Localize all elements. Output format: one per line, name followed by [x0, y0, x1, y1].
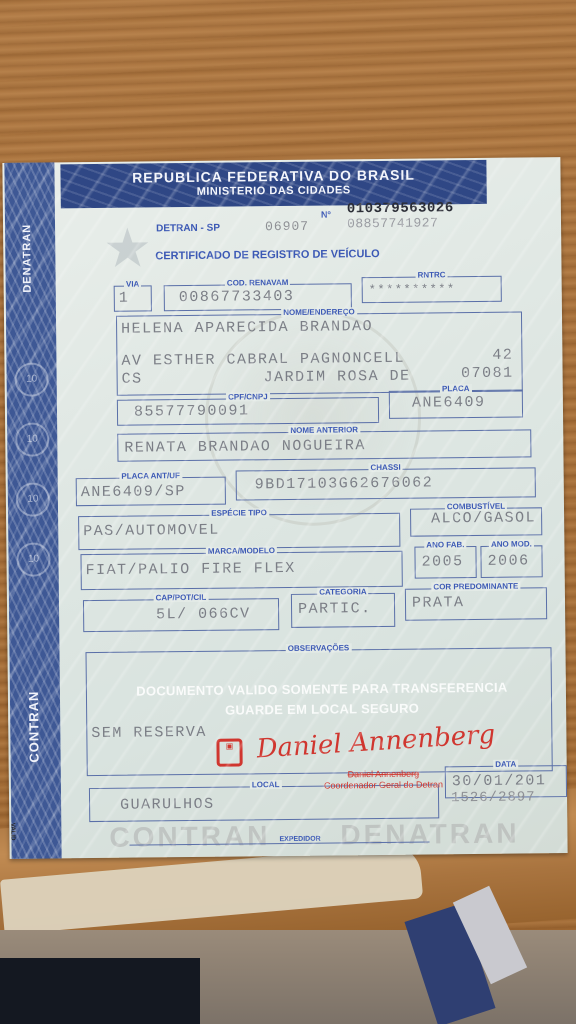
dark-fabric: [0, 958, 200, 1024]
field-label: CATEGORIA: [317, 587, 368, 597]
address-number: 42: [492, 347, 513, 365]
field-model-year: ANO MOD. 2006: [480, 545, 542, 578]
previous-plate-value: ANE6409/SP: [77, 478, 225, 503]
signer-role: Coordenador Geral do Detran: [324, 779, 443, 791]
security-watermark: DOCUMENTO VALIDO SOMENTE PARA TRANSFEREN…: [92, 677, 552, 722]
security-seal-icon: 10: [15, 422, 49, 456]
address-complement: CS: [122, 370, 143, 388]
field-species-type: ESPÉCIE TIPO PAS/AUTOMOVEL: [78, 513, 400, 550]
serial-number-secondary: 08857741927: [347, 215, 438, 231]
number-label: Nº: [321, 210, 331, 220]
address-district: JARDIM ROSA DE: [264, 368, 411, 388]
category-value: PARTIC.: [292, 594, 394, 619]
field-cpf-cnpj: CPF/CNPJ 85577790091: [117, 397, 379, 426]
field-label: CPF/CNPJ: [226, 392, 270, 401]
signer-block: Daniel Annenberg Coordenador Geral do De…: [324, 768, 443, 791]
field-capacity-power: CAP/POT/CIL 5L/ 066CV: [83, 598, 279, 632]
field-label: COR PREDOMINANTE: [431, 582, 520, 592]
color-value: PRATA: [406, 588, 546, 612]
valid-tag: VALID: [9, 823, 15, 841]
star-emblem-icon: ★: [103, 216, 152, 280]
cpf-value: 85577790091: [118, 398, 378, 422]
security-side-band: DENATRAN 10 10 10 10 CONTRAN: [4, 162, 61, 858]
renavam-value: 00867733403: [165, 284, 351, 307]
field-label: VIA: [124, 279, 141, 288]
field-label: COMBUSTÍVEL: [445, 502, 507, 512]
field-label: PLACA ANT/UF: [119, 471, 182, 481]
security-seal-icon: 10: [14, 362, 48, 396]
field-label: NOME/ENDEREÇO: [281, 307, 357, 317]
field-label: ANO MOD.: [489, 539, 534, 548]
contran-label: CONTRAN: [26, 691, 42, 763]
field-label: LOCAL: [250, 780, 282, 789]
field-label: NOME ANTERIOR: [288, 425, 360, 435]
field-name-address: NOME/ENDEREÇO HELENA APARECIDA BRANDAO A…: [116, 312, 523, 396]
security-seal-icon: 10: [16, 542, 50, 576]
denatran-label: DENATRAN: [21, 224, 34, 293]
security-seal-icon: 10: [16, 482, 50, 516]
expedidor-label: EXPEDIDOR: [279, 836, 320, 843]
capacity-power-value: 5L/ 066CV: [84, 599, 278, 625]
field-previous-plate: PLACA ANT/UF ANE6409/SP: [76, 477, 226, 507]
field-label: OBSERVAÇÕES: [286, 643, 352, 653]
vehicle-registration-certificate: DENATRAN 10 10 10 10 CONTRAN VALID REPUB…: [2, 157, 567, 859]
plate-value: ANE6409: [390, 391, 522, 413]
owner-name: HELENA APARECIDA BRANDAO: [121, 318, 373, 339]
field-previous-owner: NOME ANTERIOR RENATA BRANDAO NOGUEIRA: [117, 429, 531, 461]
model-year-value: 2006: [481, 546, 541, 571]
via-value: 1: [115, 286, 151, 307]
field-label: MARCA/MODELO: [206, 546, 277, 556]
field-via: VIA 1: [114, 285, 152, 311]
field-manufacture-year: ANO FAB. 2005: [414, 546, 476, 579]
field-label: ESPÉCIE TIPO: [209, 508, 269, 518]
document-title: CERTIFICADO DE REGISTRO DE VEÍCULO: [155, 248, 379, 262]
field-chassis: CHASSI 9BD17103G62676062: [236, 467, 536, 500]
footer-print-right: DENATRAN: [340, 818, 519, 851]
field-label: CHASSI: [368, 463, 402, 472]
process-number: 1526/2897: [451, 789, 536, 806]
floor-background: [0, 930, 576, 1024]
field-make-model: MARCA/MODELO FIAT/PALIO FIRE FLEX: [80, 551, 402, 590]
field-color: COR PREDOMINANTE PRATA: [405, 587, 547, 620]
date-value: 30/01/201: [446, 766, 566, 791]
issuer-code: 06907: [265, 219, 309, 234]
fuel-value: ALCO/GASOL: [411, 508, 541, 528]
make-model-value: FIAT/PALIO FIRE FLEX: [81, 552, 401, 580]
field-label: CAP/POT/CIL: [154, 593, 209, 603]
field-category: CATEGORIA PARTIC.: [291, 593, 395, 628]
manufacture-year-value: 2005: [415, 547, 475, 572]
field-plate: PLACA ANE6409: [389, 390, 523, 419]
field-rntrc: RNTRC **********: [362, 276, 502, 303]
chassis-value: 9BD17103G62676062: [237, 468, 535, 494]
species-type-value: PAS/AUTOMOVEL: [79, 514, 399, 541]
footer-print-left: CONTRAN: [109, 820, 270, 853]
field-fuel: COMBUSTÍVEL ALCO/GASOL: [410, 507, 542, 536]
field-label: PLACA: [440, 384, 472, 393]
red-stamp-icon: ▣: [216, 738, 242, 766]
field-label: RNTRC: [416, 270, 448, 279]
field-label: COD. RENAVAM: [225, 278, 291, 288]
observations-value: SEM RESERVA: [91, 724, 207, 743]
address-zip: 07081: [461, 365, 514, 384]
rntrc-value: **********: [363, 277, 501, 299]
field-label: DATA: [493, 760, 518, 769]
field-label: ANO FAB.: [424, 540, 466, 549]
detran-label: DETRAN - SP: [156, 223, 220, 235]
